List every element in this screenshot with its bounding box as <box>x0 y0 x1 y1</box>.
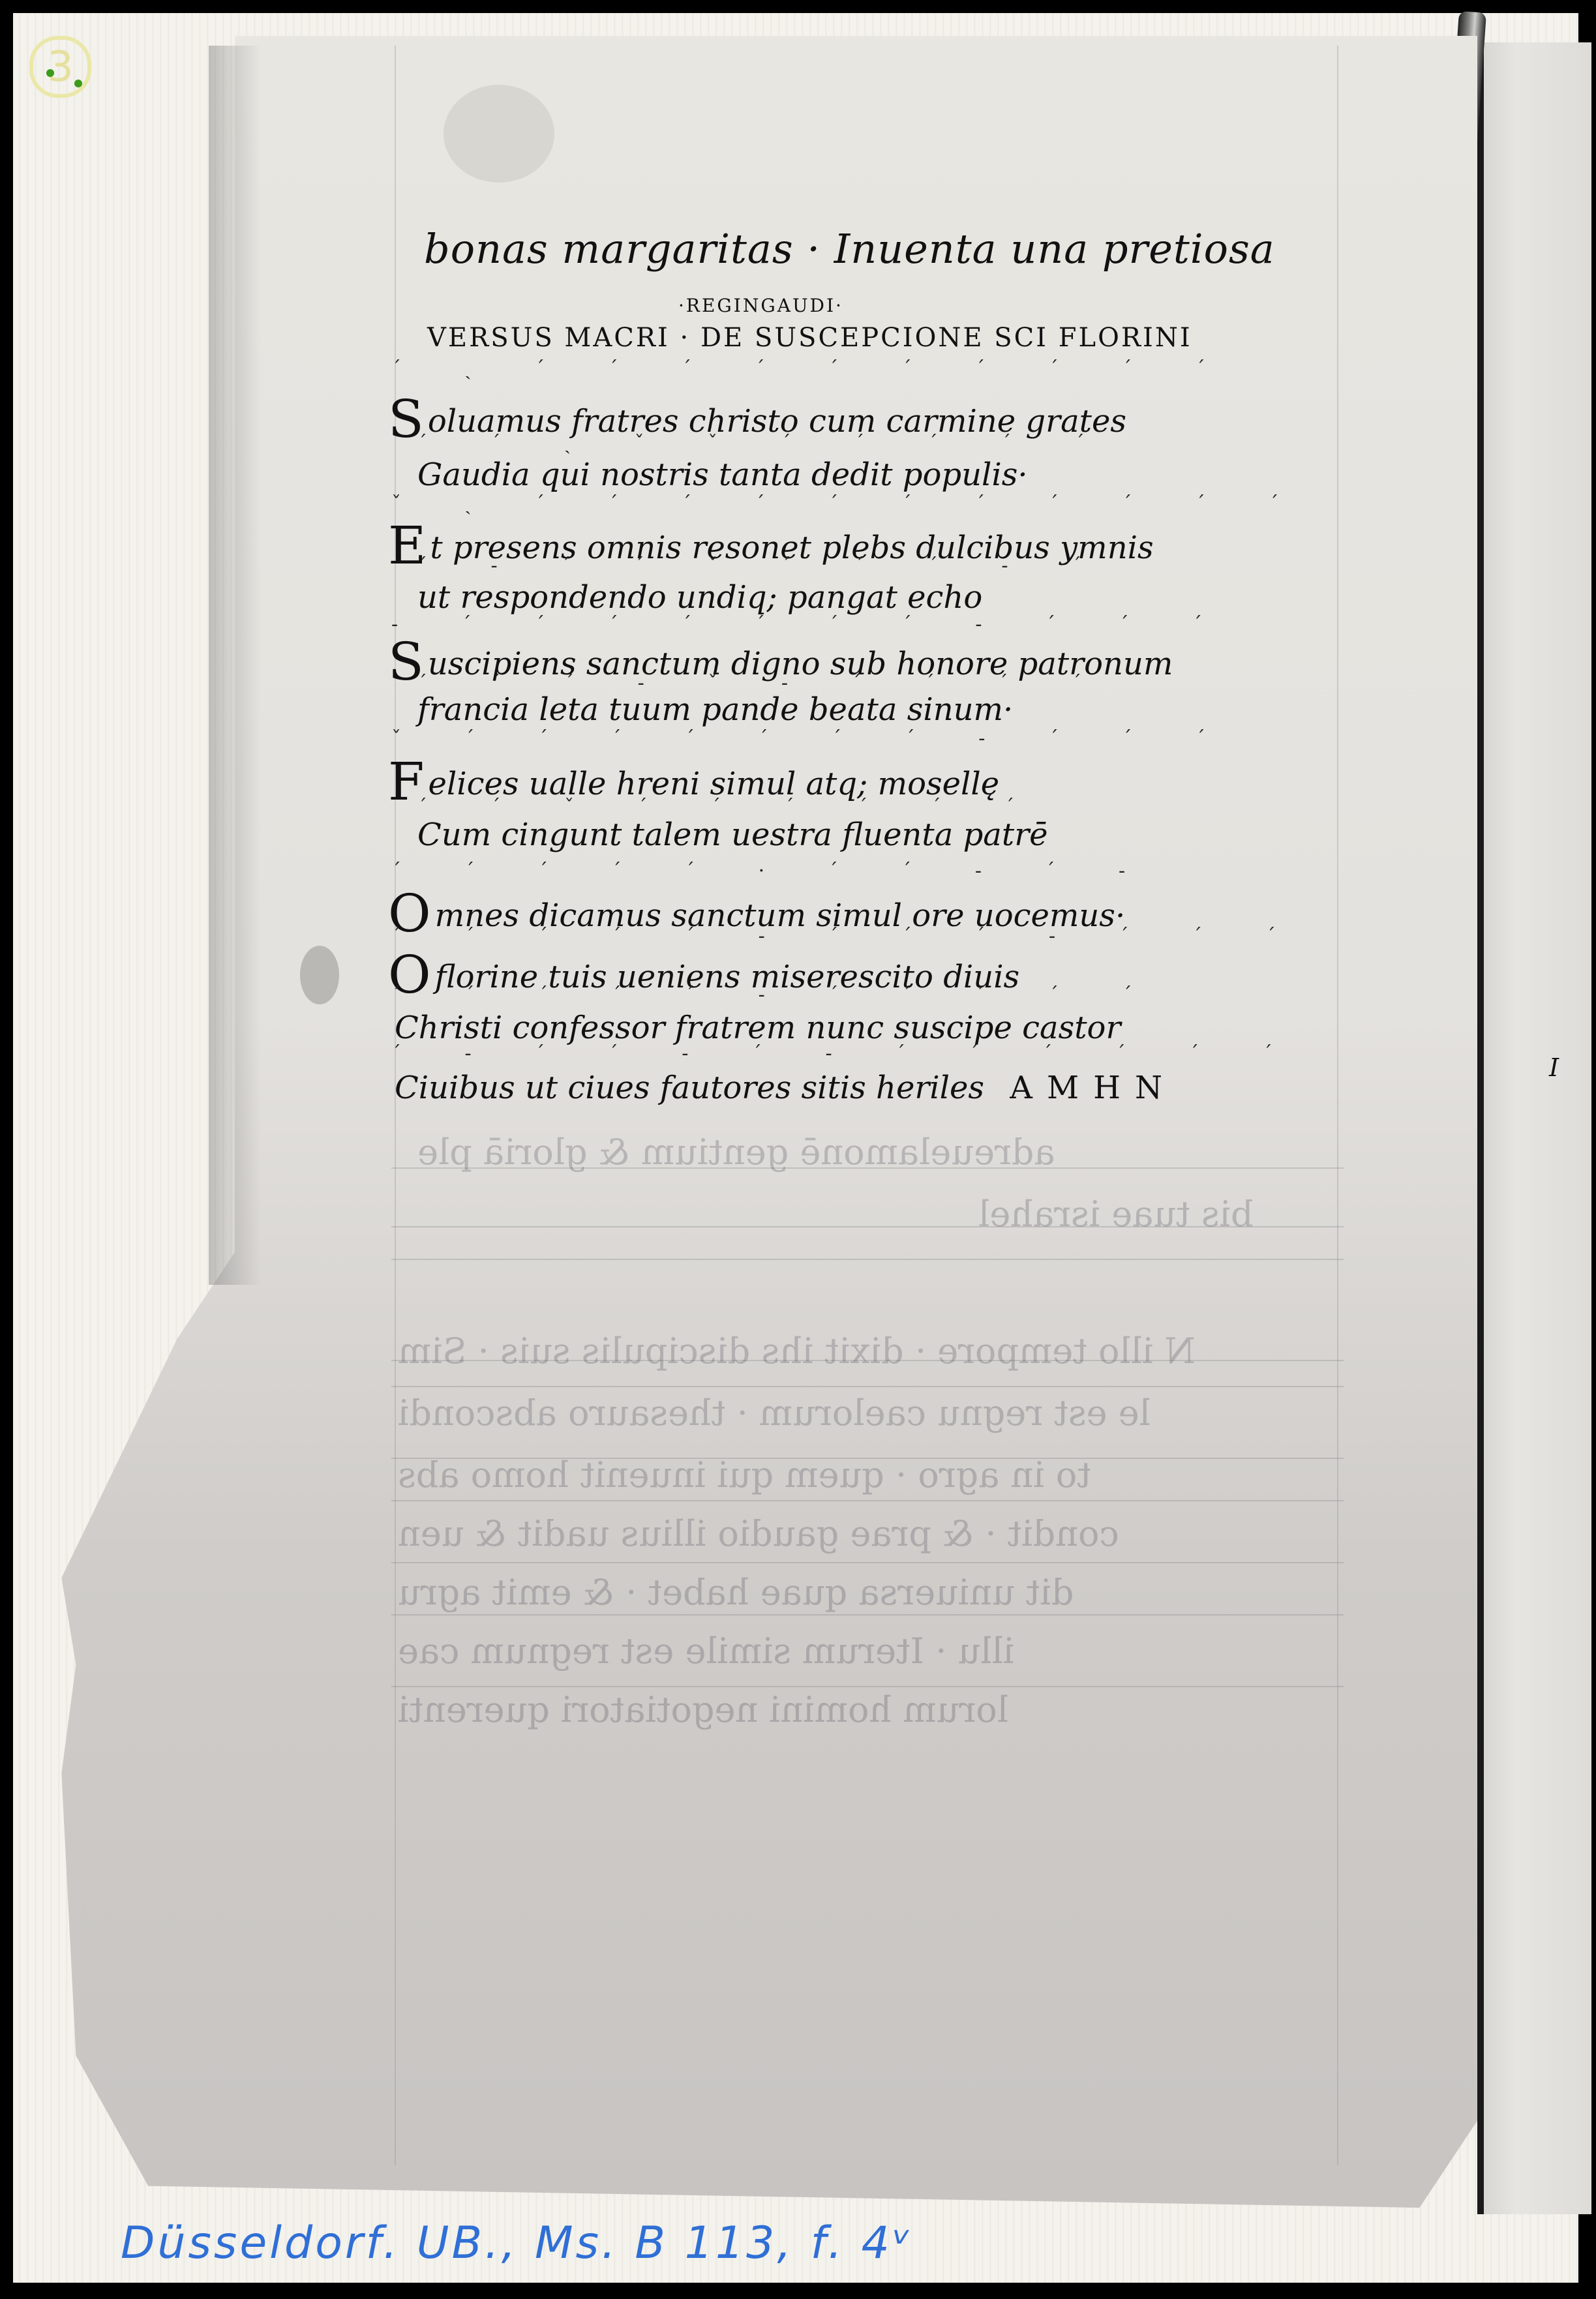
verse-text: Gaudia qui nostris tanta dedit populis· <box>417 457 1028 493</box>
bleed-through-line: adreuelamonē gentium & gloriā ple <box>417 1132 1055 1173</box>
bleed-through-line: dit uniuersa quae habet · & emit agru <box>398 1572 1074 1613</box>
poem-heading: VERSUS MACRI · DE SUSCEPCIONE SCI FLORIN… <box>427 323 1192 353</box>
author-gloss: ·REGINGAUDI· <box>678 295 843 316</box>
folio-number: 3 <box>47 43 74 91</box>
leaf-shadow <box>209 46 261 1285</box>
verse-line: Cum cingunt talem uestra fluenta patrē <box>417 817 1048 853</box>
ink-stain <box>444 85 554 183</box>
preceding-text-line: bonas margaritas · Inuenta una pretiosa <box>424 225 1275 273</box>
verse-line: Christi confessor fratrem nunc suscipe c… <box>395 1010 1121 1046</box>
bleed-through-line: illu · Iterum simile est regnum cae <box>398 1630 1014 1672</box>
adjacent-page-glyph: I <box>1549 1053 1559 1082</box>
bleed-through-line: N illo tempore · dixit ihs discipulis su… <box>398 1330 1196 1372</box>
verse-text: ut respondendo undiq; pangat echo <box>417 579 982 616</box>
neume-row: ˇ ˏ ˊ ˊ ˊ ˊ ˊ ˊ ˊ ˊ ˊ ˊ ˊ <box>391 492 1307 515</box>
verse-line: francia leta tuum pande beata sinum· <box>417 691 1013 728</box>
ink-stain <box>300 946 339 1004</box>
bleed-through-line: bis tuae israhel <box>978 1194 1254 1235</box>
neume-row: ˊ ˏ ˊ ˊ ˊ ˊ ˊ ˊ ˊ ˊ ˊ ˊ <box>391 357 1234 380</box>
ruling-line <box>391 1386 1344 1387</box>
margin-ruling-right <box>1337 46 1338 2165</box>
neume-row: ˊ ˊ ˊ ˊ ˊ - ˊ ˊ ˊ ˊ ˊ <box>391 984 1161 1006</box>
ruling-line <box>391 1259 1344 1260</box>
verse-line: Gaudia qui nostris tanta dedit populis· <box>417 457 1028 493</box>
verse-text: Christi confessor fratrem nunc suscipe c… <box>395 1010 1121 1046</box>
neume-row: ˊ ˊ ˏ ˇ ˇ ˊ ˊ ˊ ˊ ˊ <box>417 432 1113 455</box>
verse-line: ut respondendo undiq; pangat echo <box>417 579 982 616</box>
ruling-line <box>391 1500 1344 1501</box>
neume-row: ˊ ˊ ˊ ˊ ˊ · ˊ ˊ - ˊ - <box>391 860 1154 882</box>
neume-row: ˊ ˊ ˇ ˊ ˊ ˊ ˊ ˊ ˊ <box>417 796 1043 819</box>
bleed-through-line: to in agro · quem qui inuenit homo abs <box>398 1454 1091 1495</box>
green-dot-icon <box>46 69 54 77</box>
verse-text: Cum cingunt talem uestra fluenta patrē <box>417 817 1048 853</box>
neume-row: ˇ ˊ ˊ ˊ ˊ ˊ ˊ ˊ - ˊ ˊ ˊ <box>391 727 1234 750</box>
ruling-line <box>391 1562 1344 1563</box>
bleed-through-line: le est regnu caelorum · thesauro abscond… <box>398 1392 1151 1434</box>
ruling-line <box>391 1614 1344 1615</box>
verse-text: Ciuibus ut ciues fautores sitis heriles <box>395 1070 984 1106</box>
adjacent-folio-edge <box>1477 42 1591 2214</box>
ruling-line <box>391 1686 1344 1687</box>
verse-text: francia leta tuum pande beata sinum· <box>417 691 1013 728</box>
bleed-through-line: condit · & prae gaudio illius uadit & ue… <box>398 1513 1119 1554</box>
bleed-through-line: lorum homini negotiatori querenti <box>398 1689 1008 1730</box>
green-dot-icon <box>74 80 82 87</box>
neume-row: ˊ - ˊ ˊ ˇ ˊ ˊ ˊ - ˊ <box>417 554 1110 577</box>
closing-amen: ΑΜΗΝ <box>1010 1070 1177 1106</box>
neume-row: ˊ - ˊ ˊ - ˊ - ˊ ˊ ˊ ˊ ˊ ˊ <box>391 1042 1301 1065</box>
verse-line: Ciuibus ut ciues fautores sitis heriles … <box>395 1070 1177 1106</box>
shelfmark-annotation: Düsseldorf. UB., Ms. B 113, f. 4ᵛ <box>121 2217 913 2269</box>
folio-number-marker: 3 <box>29 36 91 98</box>
